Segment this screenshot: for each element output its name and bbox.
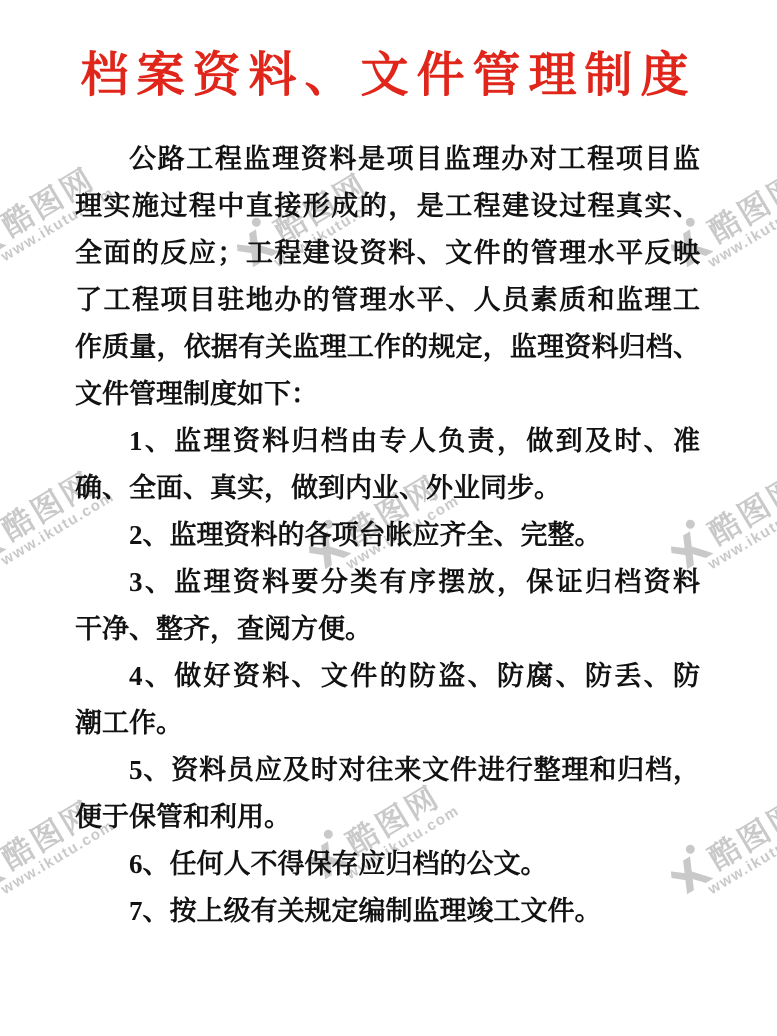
document-body: 公路工程监理资料是项目监理办对工程项目监理实施过程中直接形成的，是工程建设过程真… (0, 136, 777, 935)
document-page: 档案资料、文件管理制度 公路工程监理资料是项目监理办对工程项目监理实施过程中直接… (0, 0, 777, 1036)
document-line: 干净、整齐，查阅方便。 (75, 606, 700, 653)
document-paragraph: 1、监理资料归档由专人负责，做到及时、准确、全面、真实，做到内业、外业同步。 (75, 418, 700, 512)
document-line: 1、监理资料归档由专人负责，做到及时、准 (75, 418, 700, 465)
document-paragraph: 公路工程监理资料是项目监理办对工程项目监理实施过程中直接形成的，是工程建设过程真… (75, 136, 700, 418)
document-line: 5、资料员应及时对往来文件进行整理和归档， (75, 747, 700, 794)
document-paragraph: 5、资料员应及时对往来文件进行整理和归档，便于保管和利用。 (75, 747, 700, 841)
document-line: 7、按上级有关规定编制监理竣工文件。 (75, 888, 700, 935)
document-line: 确、全面、真实，做到内业、外业同步。 (75, 465, 700, 512)
document-line: 4、做好资料、文件的防盗、防腐、防丢、防 (75, 653, 700, 700)
document-line: 理实施过程中直接形成的，是工程建设过程真实、 (75, 183, 700, 230)
document-line: 作质量，依据有关监理工作的规定，监理资料归档、 (75, 324, 700, 371)
document-line: 文件管理制度如下： (75, 371, 700, 418)
document-line: 6、任何人不得保存应归档的公文。 (75, 841, 700, 888)
document-paragraph: 2、监理资料的各项台帐应齐全、完整。 (75, 512, 700, 559)
document-line: 3、监理资料要分类有序摆放，保证归档资料 (75, 559, 700, 606)
document-line: 公路工程监理资料是项目监理办对工程项目监 (75, 136, 700, 183)
page-title: 档案资料、文件管理制度 (0, 44, 777, 108)
document-line: 便于保管和利用。 (75, 794, 700, 841)
document-line: 潮工作。 (75, 700, 700, 747)
document-paragraph: 7、按上级有关规定编制监理竣工文件。 (75, 888, 700, 935)
document-paragraph: 3、监理资料要分类有序摆放，保证归档资料干净、整齐，查阅方便。 (75, 559, 700, 653)
document-paragraph: 4、做好资料、文件的防盗、防腐、防丢、防潮工作。 (75, 653, 700, 747)
document-paragraph: 6、任何人不得保存应归档的公文。 (75, 841, 700, 888)
document-line: 全面的反应；工程建设资料、文件的管理水平反映 (75, 230, 700, 277)
document-line: 2、监理资料的各项台帐应齐全、完整。 (75, 512, 700, 559)
document-line: 了工程项目驻地办的管理水平、人员素质和监理工 (75, 277, 700, 324)
